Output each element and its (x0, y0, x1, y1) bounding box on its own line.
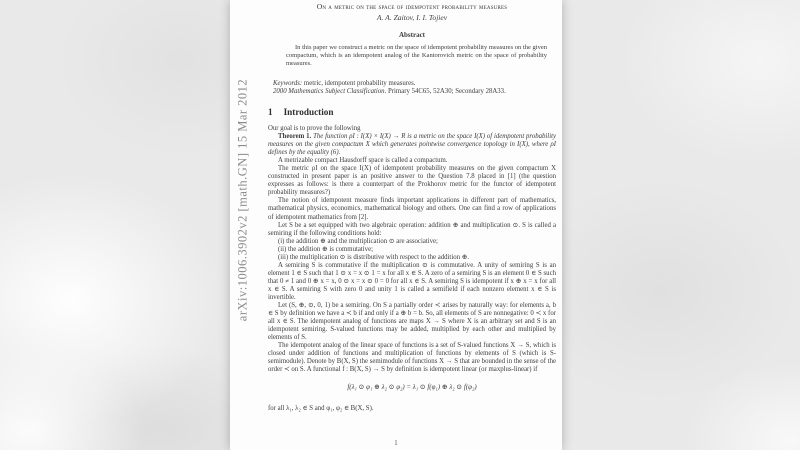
paragraph: (i) the addition ⊕ and the multiplicatio… (268, 238, 556, 246)
paragraph: Let S be a set equipped with two algebra… (268, 222, 556, 238)
paragraph: (ii) the addition ⊕ is commutative; (268, 246, 556, 254)
paragraph: The notion of idempotent measure finds i… (268, 197, 556, 221)
msc-line: 2000 Mathematics Subject Classification.… (273, 88, 556, 96)
paragraph: The idempotent analog of the linear spac… (268, 342, 556, 374)
msc-value: Primary 54C65, 52A30; Secondary 28A33. (386, 88, 506, 95)
abstract-heading: Abstract (268, 31, 556, 40)
theorem-label: Theorem 1. (278, 133, 313, 140)
keywords-value: metric, idempotent probability measures. (302, 80, 415, 87)
paragraph: Theorem 1. The function ρI : I(X) × I(X)… (268, 133, 556, 157)
paragraph: (iii) the multiplication ⊙ is distributi… (268, 254, 556, 262)
keywords-label: Keywords: (273, 80, 302, 87)
paper-authors: A. A. Zaitov, I. I. Tojiev (268, 13, 556, 22)
paragraph: A semiring S is commutative if the multi… (268, 262, 556, 302)
paragraph: The metric ρI on the space I(X) of idemp… (268, 165, 556, 197)
page-number: 1 (230, 440, 562, 447)
section-title: Introduction (284, 107, 334, 117)
screenshot-root: arXiv:1006.3902v2 [math.GN] 15 Mar 2012 … (0, 0, 800, 450)
body-paragraphs: Our goal is to prove the followingTheore… (268, 125, 556, 374)
paragraph: A metrizable compact Hausdorff space is … (268, 157, 556, 165)
paper-body-column: On a metric on the space of idempotent p… (268, 0, 556, 412)
paper-page: arXiv:1006.3902v2 [math.GN] 15 Mar 2012 … (230, 0, 562, 450)
abstract-text: In this paper we construct a metric on t… (286, 44, 547, 69)
msc-label: 2000 Mathematics Subject Classification. (273, 88, 386, 95)
keywords-line: Keywords: metric, idempotent probability… (273, 80, 556, 88)
section-number: 1 (268, 107, 273, 117)
section-heading: 1Introduction (268, 107, 556, 117)
keywords-msc-block: Keywords: metric, idempotent probability… (273, 80, 556, 96)
paragraph: Our goal is to prove the following (268, 125, 556, 133)
formula-condition: for all λ₁, λ₂ ∈ S and φ₁, φ₂ ∈ B(X, S). (268, 404, 556, 412)
paragraph: Let (S, ⊕, ⊙, 0, 1) be a semiring. On S … (268, 302, 556, 342)
display-formula: f(λ₁ ⊙ φ₁ ⊕ λ₂ ⊙ φ₂) = λ₁ ⊙ f(φ₁) ⊕ λ₂ ⊙… (268, 383, 556, 391)
page-content: On a metric on the space of idempotent p… (230, 0, 562, 450)
paper-title: On a metric on the space of idempotent p… (268, 0, 556, 11)
